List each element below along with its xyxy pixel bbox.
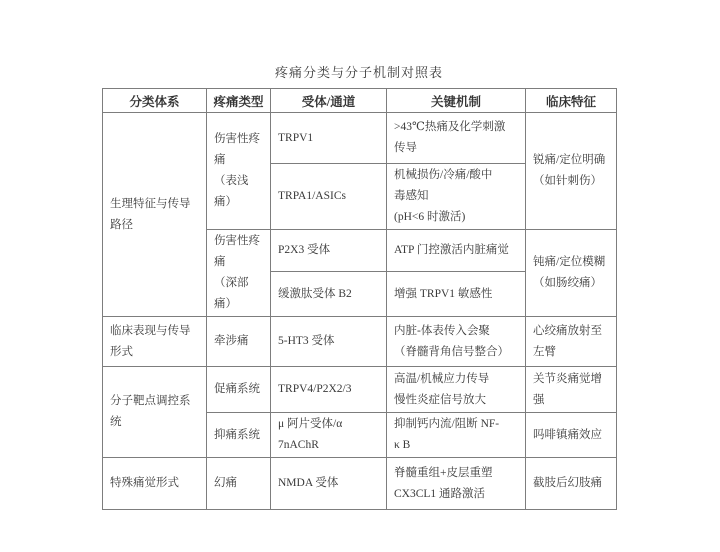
cell-type-pronociceptive-system: 促痛系统 [207, 367, 271, 413]
cell-mechanism-atp-visceral: ATP 门控激活内脏痛觉 [387, 230, 526, 272]
pain-classification-table: 分类体系 疼痛类型 受体/通道 关键机制 临床特征 生理特征与传导 路径 伤害性… [102, 88, 617, 510]
cell-type-referred-pain: 牵涉痛 [207, 317, 271, 367]
col-header-key-mechanism: 关键机制 [387, 89, 526, 113]
table-row: 生理特征与传导 路径 伤害性疼 痛 （表浅痛） TRPV1 >43℃热痛及化学刺… [103, 113, 617, 164]
col-header-pain-type: 疼痛类型 [207, 89, 271, 113]
cell-mechanism-mechanical-cold-acid: 机械损伤/冷痛/酸中 毒感知 (pH<6 时激活) [387, 164, 526, 230]
cell-mechanism-trpv1-sensitivity: 增强 TRPV1 敏感性 [387, 272, 526, 317]
cell-type-nociceptive-superficial: 伤害性疼 痛 （表浅痛） [207, 113, 271, 230]
cell-type-nociceptive-deep: 伤害性疼 痛 （深部痛） [207, 230, 271, 317]
cell-group-molecular-target-regulation: 分子靶点调控系 统 [103, 367, 207, 458]
header-row: 分类体系 疼痛类型 受体/通道 关键机制 临床特征 [103, 89, 617, 113]
cell-receptor-trpa1-asics: TRPA1/ASICs [271, 164, 387, 230]
cell-clinical-arthritis-hyperalgesia: 关节炎痛觉增 强 [526, 367, 617, 413]
cell-clinical-sharp-pain: 锐痛/定位明确 （如针刺伤） [526, 113, 617, 230]
document-body: 疼痛分类与分子机制对照表 分类体系 疼痛类型 受体/通道 关键机制 临床特征 生… [102, 64, 616, 510]
cell-type-phantom-pain: 幻痛 [207, 458, 271, 510]
cell-mechanism-heat-chemical: >43℃热痛及化学刺激 传导 [387, 113, 526, 164]
cell-clinical-dull-pain: 钝痛/定位模糊 （如肠绞痛） [526, 230, 617, 317]
table-row: 分子靶点调控系 统 促痛系统 TRPV4/P2X2/3 高温/机械应力传导 慢性… [103, 367, 617, 413]
cell-receptor-trpv1: TRPV1 [271, 113, 387, 164]
cell-receptor-bradykinin-b2: 缓激肽受体 B2 [271, 272, 387, 317]
cell-type-antinociceptive-system: 抑痛系统 [207, 413, 271, 458]
cell-clinical-angina-radiation: 心绞痛放射至 左臂 [526, 317, 617, 367]
cell-receptor-trpv4-p2x23: TRPV4/P2X2/3 [271, 367, 387, 413]
table-row: 临床表现与传导 形式 牵涉痛 5-HT3 受体 内脏-体表传入会聚 （脊髓背角信… [103, 317, 617, 367]
cell-mechanism-inflammation-amplification: 高温/机械应力传导 慢性炎症信号放大 [387, 367, 526, 413]
cell-group-special-pain-forms: 特殊痛觉形式 [103, 458, 207, 510]
cell-mechanism-calcium-nfkb: 抑制钙内流/阻断 NF- κ B [387, 413, 526, 458]
cell-clinical-phantom-limb: 截肢后幻肢痛 [526, 458, 617, 510]
col-header-receptor-channel: 受体/通道 [271, 89, 387, 113]
col-header-classification: 分类体系 [103, 89, 207, 113]
document-page: 疼痛分类与分子机制对照表 分类体系 疼痛类型 受体/通道 关键机制 临床特征 生… [0, 0, 720, 552]
table-title: 疼痛分类与分子机制对照表 [102, 64, 616, 82]
table-row: 特殊痛觉形式 幻痛 NMDA 受体 脊髓重组+皮层重塑 CX3CL1 通路激活 … [103, 458, 617, 510]
cell-mechanism-spinal-cortical-remodeling: 脊髓重组+皮层重塑 CX3CL1 通路激活 [387, 458, 526, 510]
cell-group-physiological-pathway: 生理特征与传导 路径 [103, 113, 207, 317]
col-header-clinical-features: 临床特征 [526, 89, 617, 113]
cell-receptor-mu-opioid-a7nachr: μ 阿片受体/α 7nAChR [271, 413, 387, 458]
cell-receptor-p2x3: P2X3 受体 [271, 230, 387, 272]
cell-clinical-morphine-analgesia: 吗啡镇痛效应 [526, 413, 617, 458]
cell-receptor-5ht3: 5-HT3 受体 [271, 317, 387, 367]
cell-group-clinical-manifestation: 临床表现与传导 形式 [103, 317, 207, 367]
cell-receptor-nmda: NMDA 受体 [271, 458, 387, 510]
cell-mechanism-viscerosomatic-convergence: 内脏-体表传入会聚 （脊髓背角信号整合） [387, 317, 526, 367]
